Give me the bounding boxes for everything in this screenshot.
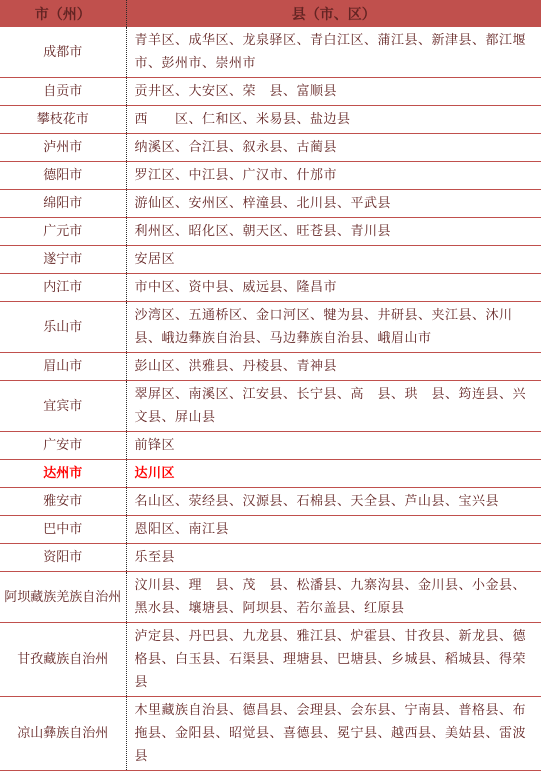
county-cell: 汶川县、理 县、茂 县、松潘县、九寨沟县、金川县、小金县、黑水县、壤塘县、阿坝县…	[126, 572, 541, 623]
city-column-header: 市（州）	[0, 0, 126, 27]
table-row: 内江市 市中区、资中县、威远县、隆昌市	[0, 274, 541, 302]
table-row: 成都市 青羊区、成华区、龙泉驿区、青白江区、蒲江县、新津县、都江堰市、彭州市、崇…	[0, 27, 541, 78]
county-cell: 达川区	[126, 460, 541, 488]
county-cell: 游仙区、安州区、梓潼县、北川县、平武县	[126, 190, 541, 218]
city-cell: 乐山市	[0, 302, 126, 353]
county-cell: 木里藏族自治县、德昌县、会理县、会东县、宁南县、普格县、布拖县、金阳县、昭觉县、…	[126, 697, 541, 771]
table-row: 攀枝花市 西 区、仁和区、米易县、盐边县	[0, 106, 541, 134]
table-row: 广安市 前锋区	[0, 432, 541, 460]
county-cell: 前锋区	[126, 432, 541, 460]
city-cell: 甘孜藏族自治州	[0, 623, 126, 697]
city-cell: 泸州市	[0, 134, 126, 162]
county-cell: 泸定县、丹巴县、九龙县、雅江县、炉霍县、甘孜县、新龙县、德格县、白玉县、石渠县、…	[126, 623, 541, 697]
city-cell: 绵阳市	[0, 190, 126, 218]
table-row: 资阳市 乐至县	[0, 544, 541, 572]
table-row: 德阳市 罗江区、中江县、广汉市、什邡市	[0, 162, 541, 190]
county-cell: 翠屏区、南溪区、江安县、长宁县、高 县、珙 县、筠连县、兴文县、屏山县	[126, 381, 541, 432]
city-cell: 凉山彝族自治州	[0, 697, 126, 771]
table-row: 达州市 达川区	[0, 460, 541, 488]
table-row: 巴中市 恩阳区、南江县	[0, 516, 541, 544]
county-cell: 纳溪区、合江县、叙永县、古蔺县	[126, 134, 541, 162]
county-cell: 市中区、资中县、威远县、隆昌市	[126, 274, 541, 302]
county-cell: 贡井区、大安区、荣 县、富顺县	[126, 78, 541, 106]
city-cell: 成都市	[0, 27, 126, 78]
county-cell: 西 区、仁和区、米易县、盐边县	[126, 106, 541, 134]
city-cell: 内江市	[0, 274, 126, 302]
county-cell: 沙湾区、五通桥区、金口河区、犍为县、井研县、夹江县、沐川县、峨边彝族自治县、马边…	[126, 302, 541, 353]
city-cell: 广安市	[0, 432, 126, 460]
county-column-header: 县（市、区）	[126, 0, 541, 27]
region-table: 市（州） 县（市、区） 成都市 青羊区、成华区、龙泉驿区、青白江区、蒲江县、新津…	[0, 0, 541, 771]
city-cell: 达州市	[0, 460, 126, 488]
table-row: 自贡市 贡井区、大安区、荣 县、富顺县	[0, 78, 541, 106]
city-cell: 德阳市	[0, 162, 126, 190]
table-row: 雅安市 名山区、荥经县、汉源县、石棉县、天全县、芦山县、宝兴县	[0, 488, 541, 516]
table-row: 眉山市 彭山区、洪雅县、丹棱县、青神县	[0, 353, 541, 381]
table-row: 宜宾市 翠屏区、南溪区、江安县、长宁县、高 县、珙 县、筠连县、兴文县、屏山县	[0, 381, 541, 432]
county-cell: 乐至县	[126, 544, 541, 572]
city-cell: 巴中市	[0, 516, 126, 544]
table-row: 广元市 利州区、昭化区、朝天区、旺苍县、青川县	[0, 218, 541, 246]
county-cell: 罗江区、中江县、广汉市、什邡市	[126, 162, 541, 190]
city-cell: 阿坝藏族羌族自治州	[0, 572, 126, 623]
city-cell: 遂宁市	[0, 246, 126, 274]
county-cell: 彭山区、洪雅县、丹棱县、青神县	[126, 353, 541, 381]
table-row: 泸州市 纳溪区、合江县、叙永县、古蔺县	[0, 134, 541, 162]
county-cell: 恩阳区、南江县	[126, 516, 541, 544]
county-cell: 安居区	[126, 246, 541, 274]
table-row: 乐山市 沙湾区、五通桥区、金口河区、犍为县、井研县、夹江县、沐川县、峨边彝族自治…	[0, 302, 541, 353]
city-cell: 资阳市	[0, 544, 126, 572]
table-row: 遂宁市 安居区	[0, 246, 541, 274]
table-row: 凉山彝族自治州 木里藏族自治县、德昌县、会理县、会东县、宁南县、普格县、布拖县、…	[0, 697, 541, 771]
city-cell: 广元市	[0, 218, 126, 246]
city-cell: 攀枝花市	[0, 106, 126, 134]
table-row: 甘孜藏族自治州 泸定县、丹巴县、九龙县、雅江县、炉霍县、甘孜县、新龙县、德格县、…	[0, 623, 541, 697]
table-body: 成都市 青羊区、成华区、龙泉驿区、青白江区、蒲江县、新津县、都江堰市、彭州市、崇…	[0, 27, 541, 771]
county-cell: 青羊区、成华区、龙泉驿区、青白江区、蒲江县、新津县、都江堰市、彭州市、崇州市	[126, 27, 541, 78]
city-cell: 自贡市	[0, 78, 126, 106]
county-cell: 利州区、昭化区、朝天区、旺苍县、青川县	[126, 218, 541, 246]
table-row: 绵阳市 游仙区、安州区、梓潼县、北川县、平武县	[0, 190, 541, 218]
city-cell: 眉山市	[0, 353, 126, 381]
city-cell: 宜宾市	[0, 381, 126, 432]
table-row: 阿坝藏族羌族自治州 汶川县、理 县、茂 县、松潘县、九寨沟县、金川县、小金县、黑…	[0, 572, 541, 623]
county-cell: 名山区、荥经县、汉源县、石棉县、天全县、芦山县、宝兴县	[126, 488, 541, 516]
table-header-row: 市（州） 县（市、区）	[0, 0, 541, 27]
city-cell: 雅安市	[0, 488, 126, 516]
